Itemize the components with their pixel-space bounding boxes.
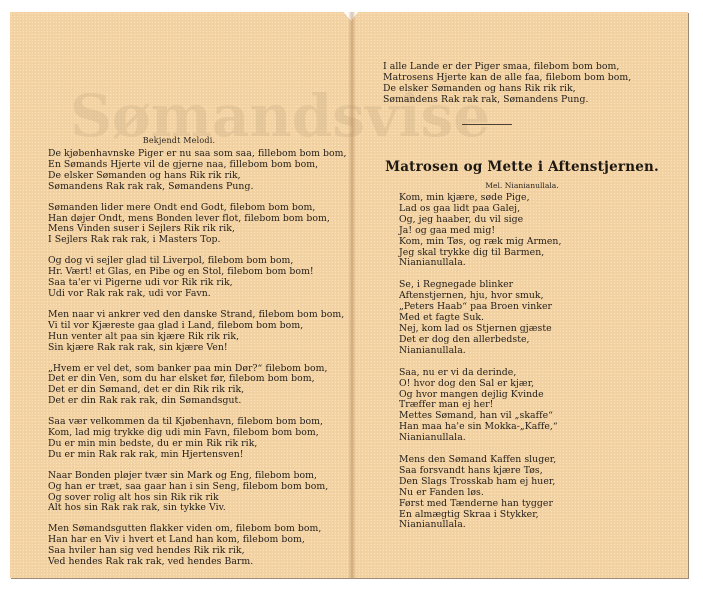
verse-line: Sin kjære Rak rak rak, sin kjære Ven! — [48, 343, 348, 354]
verse-line: Og han er træt, saa gaar han i sin Seng,… — [48, 482, 348, 493]
verse-line: Alt hos sin Rak rak rak, sin tykke Viv. — [48, 503, 348, 514]
verse: Naar Bonden pløjer tvær sin Mark og Eng,… — [48, 471, 348, 515]
verse: Men naar vi ankrer ved den danske Strand… — [48, 310, 348, 354]
verse: Se, i Regnegade blinker Aftenstjernen, h… — [399, 280, 659, 356]
melody-note: Mel. Nianianullala. — [356, 181, 688, 190]
verse-line: I Sejlers Rak rak rak, i Masters Top. — [48, 235, 348, 246]
verse: De kjøbenhavnske Piger er nu saa som saa… — [48, 149, 348, 193]
section-divider — [462, 124, 512, 125]
verse: Men Sømandsgutten flakker viden om, file… — [48, 524, 348, 568]
verse-line: Hun venter alt paa sin kjære Rik rik rik… — [48, 332, 348, 343]
verse-line: Sømandens Rak rak rak, Sømandens Pung. — [383, 95, 683, 106]
verse: Saa vær velkommen da til Kjøbenhavn, fil… — [48, 417, 348, 461]
verse-list: De kjøbenhavnske Piger er nu saa som saa… — [48, 149, 348, 578]
verse-line: Udi vor Rak rak rak, udi vor Favn. — [48, 289, 348, 300]
book-spine — [348, 12, 356, 578]
verse: Kom, min kjære, søde Pige, Lad os gaa li… — [399, 193, 659, 269]
verse-line: Det er din Rak rak rak, din Sømandsgut. — [48, 396, 348, 407]
right-page: I alle Lande er der Piger smaa, filebom … — [356, 12, 688, 578]
verse-line: Sømanden lider mere Ondt end Godt, fileb… — [48, 203, 348, 214]
song-title: Matrosen og Mette i Aftenstjernen. — [356, 159, 688, 175]
melody-note: Bekjendt Melodi. — [10, 136, 348, 145]
verse-line: Sømandens Rak rak rak, Sømandens Pung. — [48, 182, 348, 193]
verse-line: Først med Tænderne han tygger — [399, 499, 659, 510]
refrain-line: Nianianullala. — [399, 520, 659, 531]
refrain-line: Nianianullala. — [399, 258, 659, 269]
verse: Saa, nu er vi da derinde, O! hvor dog de… — [399, 368, 659, 444]
verse-line: Kom, min Tøs, og ræk mig Armen, — [399, 237, 659, 248]
closing-verse: I alle Lande er der Piger smaa, filebom … — [383, 62, 683, 106]
verse-line: Saa, nu er vi da derinde, — [399, 368, 659, 379]
verse-line: O! hvor dog den Sal er kjær, — [399, 379, 659, 390]
verse-list: Kom, min kjære, søde Pige, Lad os gaa li… — [399, 193, 659, 542]
verse: Og dog vi sejler glad til Liverpol, file… — [48, 256, 348, 300]
verse: Mens den Sømand Kaffen sluger, Saa forsv… — [399, 455, 659, 531]
verse: Sømanden lider mere Ondt end Godt, fileb… — [48, 203, 348, 247]
verse: „Hvem er vel det, som banker paa min Dør… — [48, 364, 348, 408]
booklet-spread: Sømandsvise Bekjendt Melodi. De kjøbenha… — [10, 12, 688, 578]
refrain-line: Nianianullala. — [399, 346, 659, 357]
verse-line: Ja! og gaa med mig! — [399, 226, 659, 237]
verse-line: Ved hendes Rak rak rak, ved hendes Barm. — [48, 557, 348, 568]
refrain-line: Nianianullala. — [399, 433, 659, 444]
left-page: Sømandsvise Bekjendt Melodi. De kjøbenha… — [10, 12, 348, 578]
verse-line: Du er min Rak rak rak, min Hjertensven! — [48, 450, 348, 461]
